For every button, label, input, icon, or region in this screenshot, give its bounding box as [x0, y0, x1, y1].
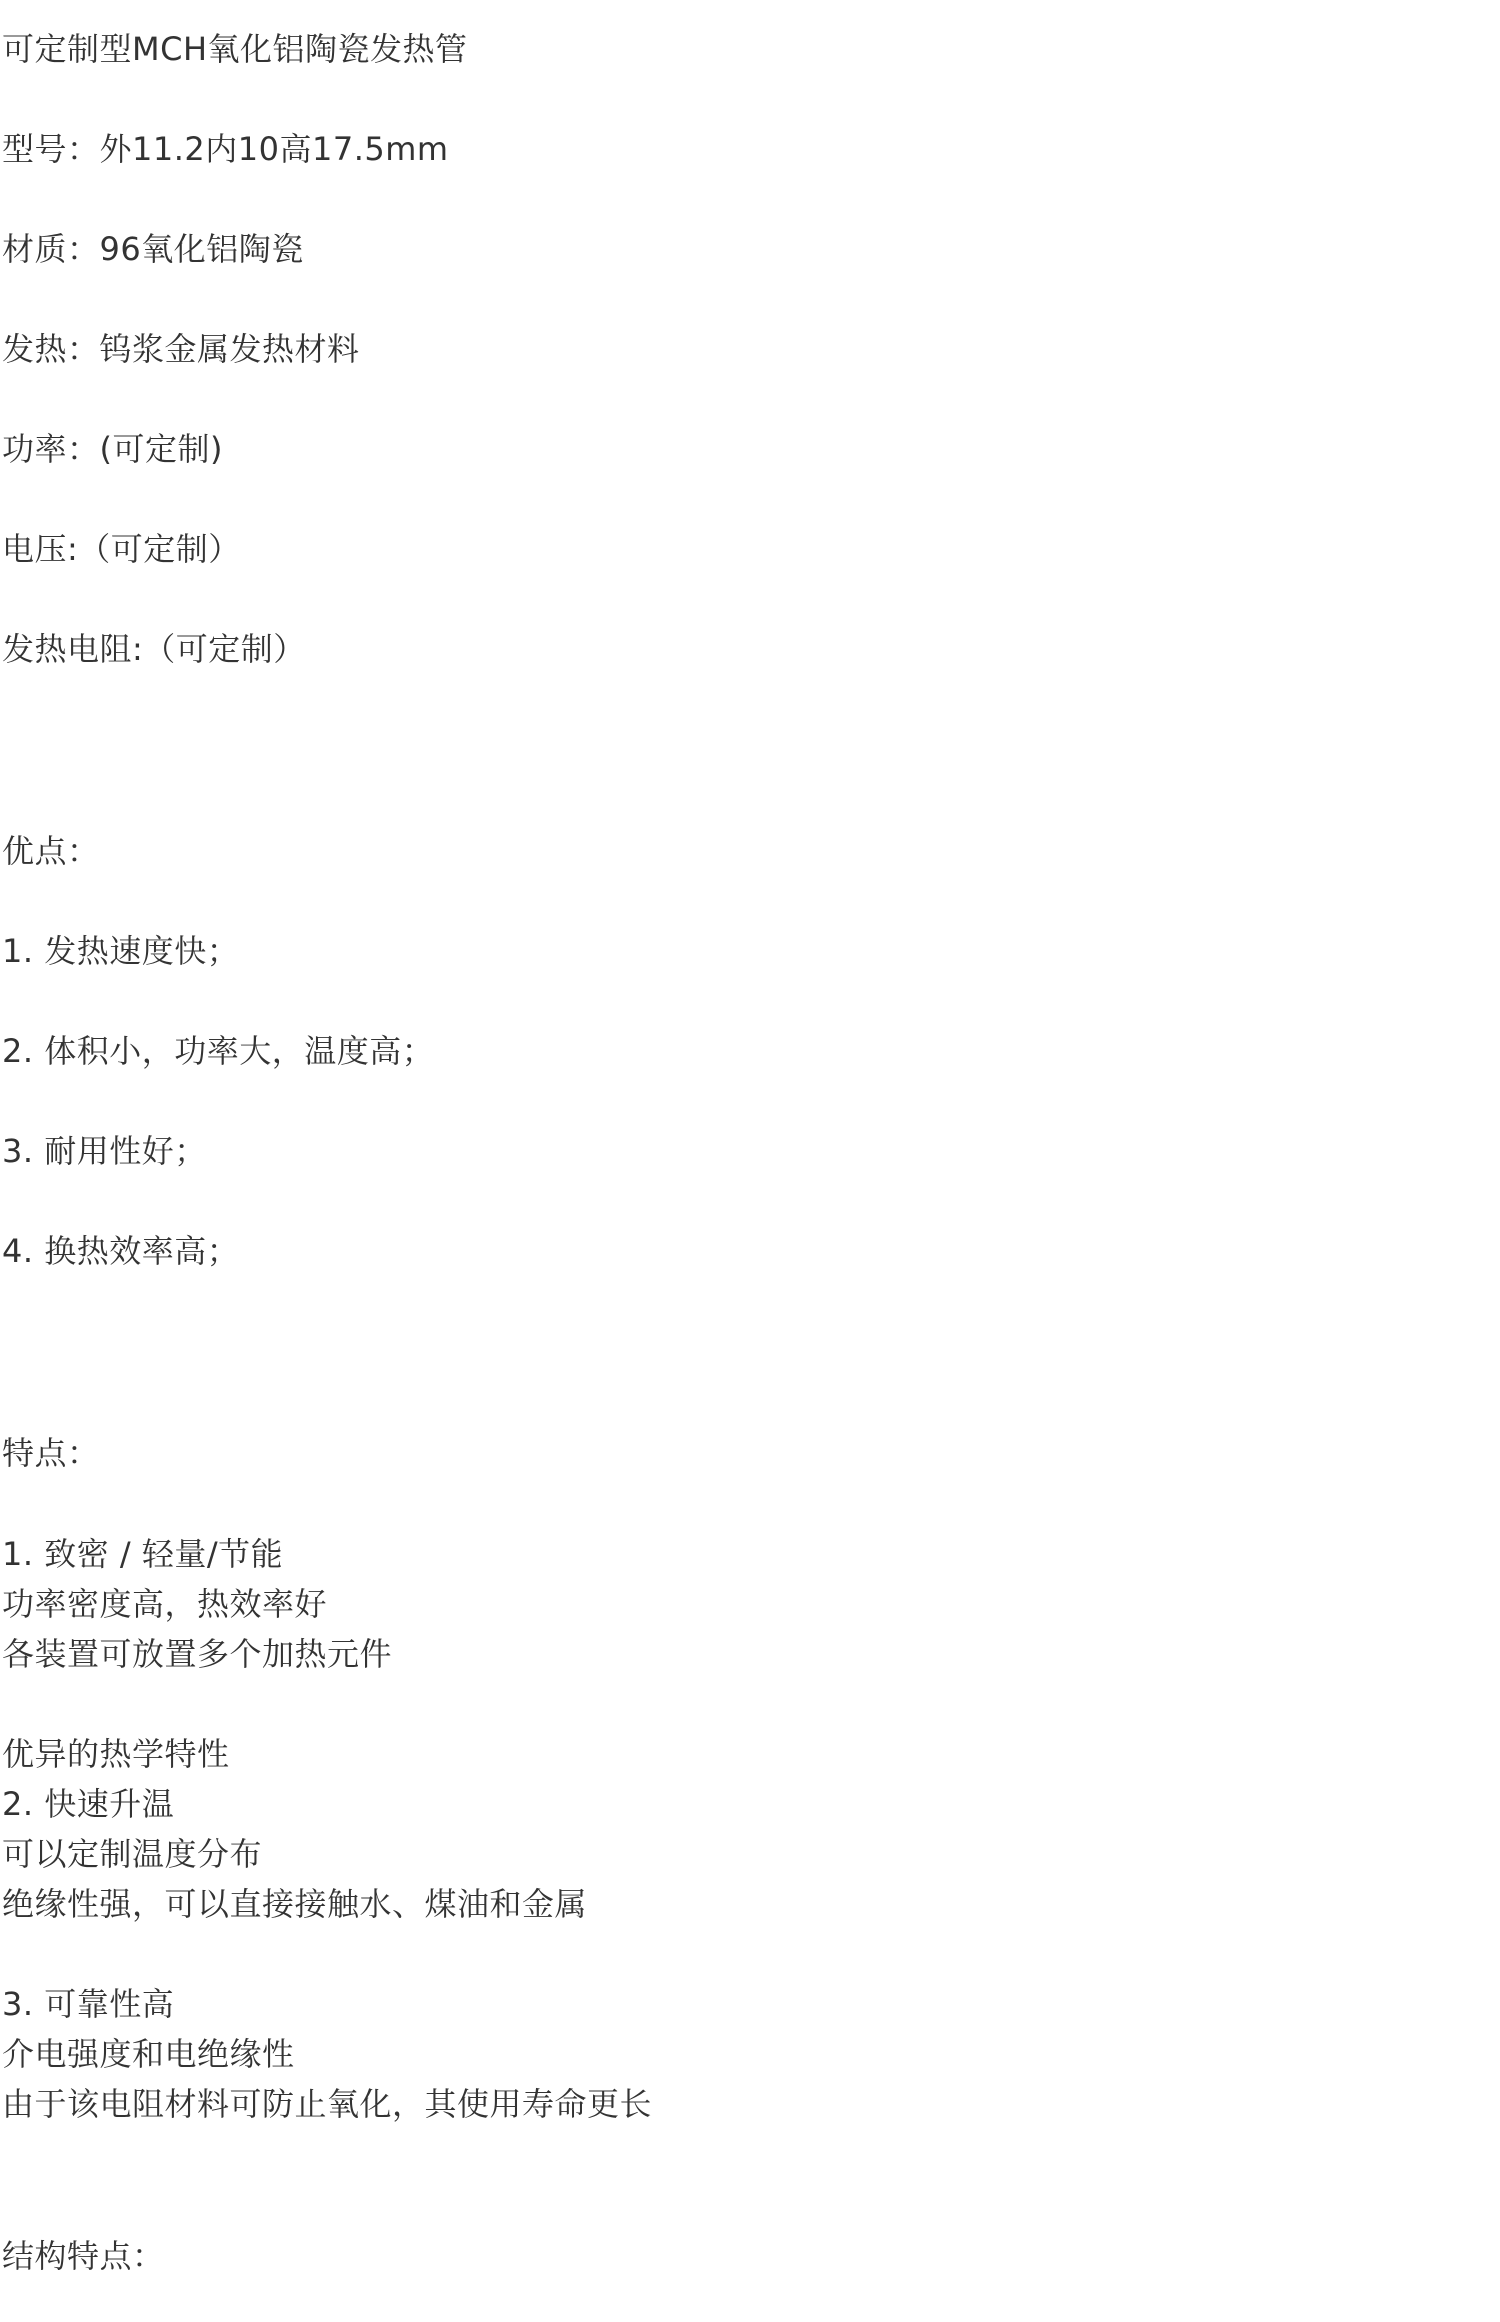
advantage-item: 1. 发热速度快；	[2, 926, 239, 976]
feature-line: 绝缘性强，可以直接接触水、煤油和金属	[2, 1879, 587, 1929]
feature-line: 3. 可靠性高	[2, 1979, 174, 2029]
spec-resistance: 发热电阻:（可定制）	[2, 624, 306, 674]
advantages-heading: 优点：	[2, 826, 100, 876]
feature-line: 2. 快速升温	[2, 1779, 174, 1829]
advantage-item: 4. 换热效率高；	[2, 1226, 239, 1276]
spec-heating: 发热：钨浆金属发热材料	[2, 324, 360, 374]
feature-line: 1. 致密 / 轻量/节能	[2, 1529, 283, 1579]
spec-model: 型号：外11.2内10高17.5mm	[2, 124, 449, 174]
product-title: 可定制型MCH氧化铝陶瓷发热管	[2, 24, 468, 74]
feature-line: 由于该电阻材料可防止氧化，其使用寿命更长	[2, 2079, 652, 2129]
advantage-item: 2. 体积小，功率大，温度高；	[2, 1026, 434, 1076]
feature-line: 优异的热学特性	[2, 1729, 230, 1779]
feature-line: 功率密度高，热效率好	[2, 1579, 327, 1629]
spec-voltage: 电压:（可定制）	[2, 524, 241, 574]
spec-power: 功率：(可定制)	[2, 424, 223, 474]
features-heading: 特点：	[2, 1428, 100, 1478]
feature-line: 介电强度和电绝缘性	[2, 2029, 295, 2079]
spec-material: 材质：96氧化铝陶瓷	[2, 224, 304, 274]
structure-heading: 结构特点：	[2, 2231, 165, 2281]
feature-line: 各装置可放置多个加热元件	[2, 1629, 392, 1679]
feature-line: 可以定制温度分布	[2, 1829, 262, 1879]
advantage-item: 3. 耐用性好；	[2, 1126, 207, 1176]
